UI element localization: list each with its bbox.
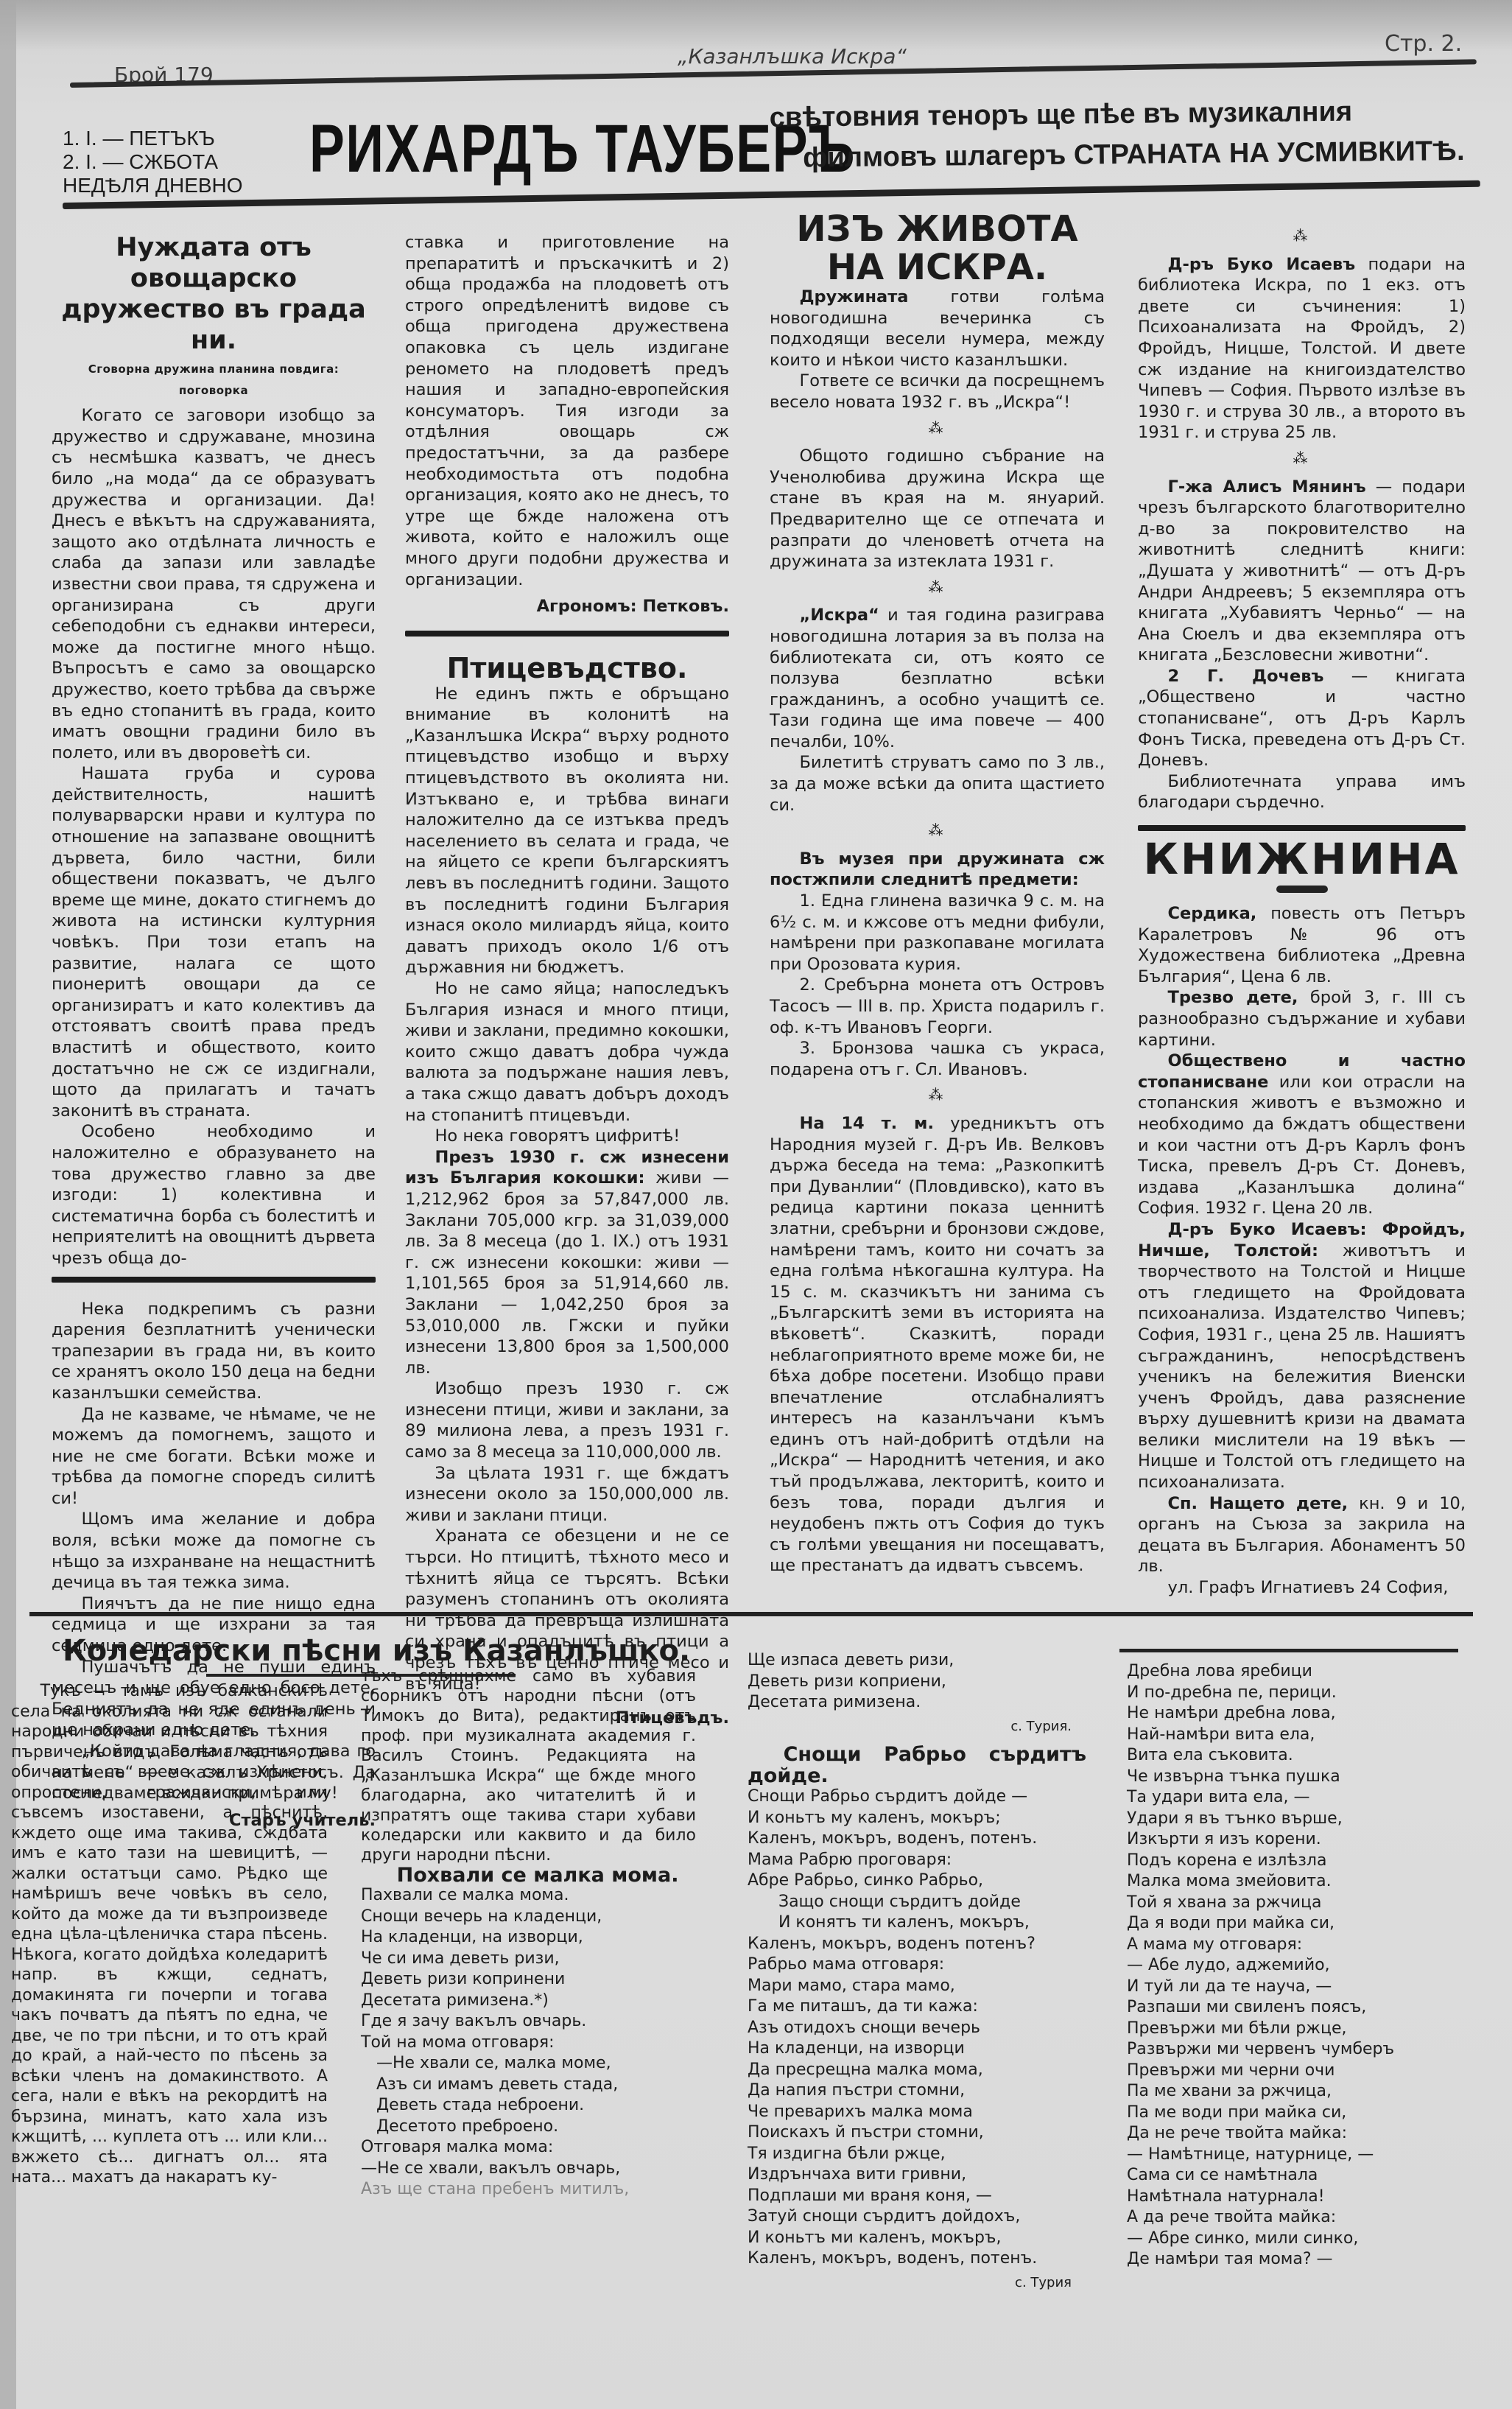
- poem-line: И коньтъ ми каленъ, мокъръ,: [748, 2228, 1086, 2249]
- column-2: ставка и приготовление на препаратитѣ и …: [405, 232, 729, 1729]
- section-divider: [29, 1612, 1473, 1616]
- poem-line: Поискахъ й пъстри стомни,: [748, 2122, 1086, 2144]
- article-paragraph: Нашата груба и сурова действителность, н…: [52, 763, 376, 1121]
- asterism: ⁂: [770, 577, 1105, 598]
- poem-line: Десетото преброено.: [361, 2117, 696, 2138]
- carols-intro: Тукъ — тамъ изъ балканскитѣ села на окол…: [11, 1681, 328, 2188]
- article-title: Птицевъдство.: [405, 653, 729, 684]
- poem-verses: Пахвали се малка мома.Снощи вечерь на кл…: [361, 1885, 696, 2201]
- poem-line: Па ме води при майка си,: [1127, 2103, 1466, 2124]
- news-item: Гответе се всички да посрещнемъ весело н…: [770, 371, 1105, 413]
- book-item: Д-ръ Буко Исаевъ: Фройдъ, Ничше, Толстой…: [1138, 1219, 1466, 1493]
- item-lead: На 14 т. м.: [800, 1114, 935, 1133]
- poem-line: Удари я въ тънко върше,: [1127, 1809, 1466, 1830]
- article-paragraph: Особено необходимо и наложително е образ…: [52, 1121, 376, 1269]
- asterism: ⁂: [1138, 448, 1466, 469]
- item-text: уредникътъ отъ Народния музей г. Д-ръ Ив…: [770, 1114, 1105, 1575]
- column-4: ⁂ Д-ръ Буко Исаевъ подари на библиотека …: [1138, 221, 1466, 1599]
- poem-line: И по-дребна пе, перици.: [1127, 1683, 1466, 1704]
- item-text: — подари чрезъ българското благотворител…: [1138, 477, 1466, 665]
- donation-item: 2 Г. Дочевъ — книгата „Обществено и част…: [1138, 666, 1466, 771]
- asterism: ⁂: [770, 418, 1105, 439]
- poem-line: Вита ела съковита.: [1127, 1745, 1466, 1767]
- poem-line: Каленъ, мокъръ, воденъ потенъ?: [748, 1934, 1086, 1955]
- carols-title: Коледарски пѣсни изъ Казанлъшко.: [63, 1634, 690, 1668]
- poem-line: Га ме питашъ, да ти кажа:: [748, 1996, 1086, 2018]
- poem-line: Намѣтнала натурнала!: [1127, 2187, 1466, 2208]
- news-item: Билетитѣ струватъ само по 3 лв., за да м…: [770, 752, 1105, 816]
- article-title: ИЗЪ ЖИВОТА НА ИСКРА.: [770, 210, 1105, 287]
- poem-line: — Абре синко, мили синко,: [1127, 2229, 1466, 2250]
- poem-line: Малка мома змейовита.: [1127, 1871, 1466, 1893]
- poem-line: Деветь стада неброени.: [361, 2095, 696, 2117]
- title-ornament: [1276, 886, 1328, 893]
- item-text: и тая година разиграва новогодишна лотар…: [770, 606, 1105, 751]
- poem-line: Не намѣри дребна лова,: [1127, 1703, 1466, 1725]
- publisher-address: ул. Графъ Игнатиевъ 24 София,: [1138, 1577, 1466, 1599]
- poem-line: Десетата римизена.: [748, 1692, 1086, 1714]
- donation-item: Г-жа Алисъ Мянинъ — подари чрезъ българс…: [1138, 477, 1466, 666]
- asterism: ⁂: [770, 820, 1105, 841]
- donation-item: Библиотечната управа имъ благодари сърде…: [1138, 771, 1466, 813]
- poem-line: Превържи ми бѣли ржце,: [1127, 2019, 1466, 2040]
- article-paragraph: Изобщо презъ 1930 г. сж изнесени птици, …: [405, 1378, 729, 1462]
- poem-line: Той я хвана за ржчица: [1127, 1893, 1466, 1914]
- asterism: ⁂: [770, 1084, 1105, 1106]
- poem-line: Та удари вита ела, —: [1127, 1787, 1466, 1809]
- carols-intro-continued: тѣхъ срѣщнахме само въ хубавия сборникъ …: [361, 1666, 696, 1865]
- section-divider: [1138, 825, 1466, 831]
- poem-title: Похвали се малка мома.: [361, 1865, 696, 1885]
- article-paragraph: Нека подкрепимъ съ разни дарения безплат…: [52, 1299, 376, 1404]
- section-title: КНИЖНИНА: [1138, 837, 1466, 881]
- article-paragraph: Да не казваме, че нѣмаме, че не можемъ д…: [52, 1404, 376, 1509]
- poem-line: А мама му отговаря:: [1127, 1935, 1466, 1956]
- poem-line: Деветь ризи коприени,: [748, 1672, 1086, 1693]
- poem-line: Каленъ, мокъръ, воденъ, потенъ.: [748, 1828, 1086, 1850]
- poem-line: Развържи ми червенъ чумберъ: [1127, 2039, 1466, 2061]
- item-lead: Трезво дете,: [1168, 988, 1298, 1007]
- cinema-dates: 1. I. — ПЕТЪКЪ 2. I. — СЖБОТА НЕДѢЛЯ ДНЕ…: [63, 127, 243, 197]
- poem-line: На кладенци, на изворци,: [361, 1927, 696, 1949]
- poem-line: — Намѣтнице, натурнице, —: [1127, 2145, 1466, 2166]
- article-continuation: ставка и приготовление на препаратитѣ и …: [405, 232, 729, 590]
- carols-column-3: Ще изпаса деветь ризи,Деветь ризи коприе…: [748, 1650, 1086, 2301]
- asterism: ⁂: [1138, 225, 1466, 247]
- poem-line: Че си има деветь ризи,: [361, 1949, 696, 1970]
- news-item: „Искра“ и тая година разиграва новогодиш…: [770, 605, 1105, 752]
- poem-line: Издрънчаха вити гривни,: [748, 2164, 1086, 2186]
- poem-line: Превържи ми черни очи: [1127, 2061, 1466, 2082]
- museum-item: 1. Една глинена вазичка 9 с. м. на 6½ с.…: [770, 891, 1105, 975]
- poem-line: Да пресрещна малка мома,: [748, 2060, 1086, 2081]
- news-item: На 14 т. м. уредникътъ отъ Народния музе…: [770, 1113, 1105, 1577]
- cinema-tagline: свѣтовния теноръ ще пѣе въ музикалния фи…: [769, 91, 1464, 179]
- poem-line: Разпаши ми свиленъ поясъ,: [1127, 1997, 1466, 2019]
- carols-column-1: Тукъ — тамъ изъ балканскитѣ села на окол…: [11, 1681, 328, 2188]
- poem-title: Снощи Рабрьо сърдитъ дойде.: [748, 1744, 1086, 1786]
- article-signature: Агрономъ: Петковъ.: [405, 596, 729, 617]
- article-title: Нуждата отъ овощарско дружество въ града…: [52, 232, 376, 356]
- column-1: Нуждата отъ овощарско дружество въ града…: [52, 232, 376, 1831]
- poem-line: Де намѣри тая мома? —: [1127, 2249, 1466, 2271]
- section-divider: [405, 631, 729, 637]
- poem-line: Азъ си имамъ деветь стада,: [361, 2075, 696, 2096]
- article-paragraph: Но не само яйца; напоследъкъ България из…: [405, 978, 729, 1126]
- date-line: 1. I. — ПЕТЪКЪ: [63, 127, 243, 150]
- news-item: Общото годишно събрание на Ученолюбива д…: [770, 446, 1105, 572]
- poem-line: Где я зачу вакълъ овчарь.: [361, 2011, 696, 2033]
- news-item-lead: Въ музея при дружината сж постжпили след…: [770, 849, 1105, 891]
- item-lead: Г-жа Алисъ Мянинъ: [1168, 477, 1366, 497]
- item-lead: „Искра“: [800, 606, 879, 625]
- poem-line: Сама си се намѣтнала: [1127, 2165, 1466, 2187]
- poem-line: Че извърна тънка пушка: [1127, 1767, 1466, 1788]
- poem-line: И коньтъ му каленъ, мокъръ;: [748, 1808, 1086, 1829]
- poem-line: На кладенци, на изворци: [748, 2038, 1086, 2060]
- article-paragraph: Презъ 1930 г. сж изнесени изъ България к…: [405, 1147, 729, 1379]
- poem-line: Отговаря малка мома:: [361, 2137, 696, 2159]
- poem-line: А да рече твойта майка:: [1127, 2207, 1466, 2229]
- poem-line: Да я води при майка си,: [1127, 1913, 1466, 1935]
- book-item: Трезво дете, брой 3, г. III съ разнообра…: [1138, 987, 1466, 1051]
- poem-line: Защо снощи сърдитъ дойде: [748, 1892, 1086, 1913]
- poem-source: с. Турия: [748, 2273, 1072, 2294]
- column-3: ИЗЪ ЖИВОТА НА ИСКРА. Дружината готви гол…: [770, 210, 1105, 1577]
- article-paragraph: Но нека говорятъ цифритѣ!: [405, 1126, 729, 1147]
- poem-line: Най-намѣри вита ела,: [1127, 1725, 1466, 1746]
- newspaper-name: „Казанлъшка Искра“: [678, 44, 907, 69]
- poem-line: —Не се хвали, вакълъ овчарь,: [361, 2159, 696, 2180]
- article-paragraph: Когато се заговори изобщо за дружество и…: [52, 405, 376, 763]
- section-divider: [52, 1277, 376, 1283]
- poem-line: Абре Рабрьо, синко Рабрьо,: [748, 1870, 1086, 1892]
- poem-line: Дребна лова яребици: [1127, 1661, 1466, 1683]
- poem-line: Мама Рабрю проговаря:: [748, 1850, 1086, 1871]
- article-paragraph: Не единъ пжть е обръщано внимание въ кол…: [405, 684, 729, 978]
- poem-line: — Абе лудо, аджемийо,: [1127, 1955, 1466, 1977]
- poem-line: И туй ли да те науча, —: [1127, 1977, 1466, 1998]
- poem-line: Ще изпаса деветь ризи,: [748, 1650, 1086, 1672]
- carols-column-2: тѣхъ срѣщнахме само въ хубавия сборникъ …: [361, 1666, 696, 2201]
- poem-verses: Дребна лова яребициИ по-дребна пе, периц…: [1127, 1661, 1466, 2271]
- item-text: животътъ и творчеството на Толстой и Ниц…: [1138, 1241, 1466, 1493]
- poem-source: с. Турия.: [748, 1717, 1072, 1738]
- book-item: Сердика, повесть отъ Петъръ Каралетровъ …: [1138, 903, 1466, 987]
- book-item: Обществено и частно стопанисване или кои…: [1138, 1051, 1466, 1219]
- poem-line: Подплаши ми враня коня, —: [748, 2186, 1086, 2207]
- poem-line: Пахвали се малка мома.: [361, 1885, 696, 1907]
- poem-line: Снощи вечерь на кладенци,: [361, 1907, 696, 1928]
- museum-item: 2. Сребърна монета отъ Островъ Тасосъ — …: [770, 975, 1105, 1038]
- item-lead: Д-ръ Буко Исаевъ: [1168, 255, 1356, 274]
- poem-line: Че преварихъ малка мома: [748, 2102, 1086, 2123]
- poem-line: И конятъ ти каленъ, мокъръ,: [748, 1912, 1086, 1934]
- news-item: Дружината готви голѣма новогодишна вечер…: [770, 287, 1105, 371]
- poem-line: Снощи Рабрьо сърдитъ дойде —: [748, 1786, 1086, 1808]
- poem-line: Па ме хвани за ржчица,: [1127, 2081, 1466, 2103]
- book-item: Сп. Нащето дете, кн. 9 и 10, органъ на С…: [1138, 1493, 1466, 1577]
- poem-verses: Снощи Рабрьо сърдитъ дойде —И коньтъ му …: [748, 1786, 1086, 2270]
- poem-line: —Не хвали се, малка моме,: [361, 2053, 696, 2075]
- poem-line: Да не рече твойта майка:: [1127, 2123, 1466, 2145]
- masthead: Брой 179 „Казанлъшка Искра“ Стр. 2. 1. I…: [0, 0, 1512, 214]
- poem-line: Да напия пъстри стомни,: [748, 2080, 1086, 2102]
- stats-text: живи — 1,212,962 броя за 57,847,000 лв. …: [405, 1168, 729, 1377]
- poem-line: Подъ корена е излѣзла: [1127, 1851, 1466, 1872]
- poem-line: Деветь ризи копринени: [361, 1969, 696, 1991]
- tagline-line: свѣтовния теноръ ще пѣе въ музикалния: [769, 91, 1464, 138]
- poem-line: Азъ ще стана пребенъ митилъ,: [361, 2179, 696, 2201]
- item-text: или кои отрасли на стопанския животъ е в…: [1138, 1073, 1466, 1218]
- item-lead: Дружината: [800, 287, 909, 306]
- item-text: подари на библиотека Искра, по 1 екз. от…: [1138, 255, 1466, 443]
- article-epigraph: Сговорна дружина планина повдига: погово…: [52, 359, 376, 401]
- poem-line: Каленъ, мокъръ, воденъ, потенъ.: [748, 2248, 1086, 2270]
- poem-line: Изкърти я изъ корени.: [1127, 1829, 1466, 1851]
- poem-line: Той на мома отговаря:: [361, 2033, 696, 2054]
- poem-line: Десетата римизена.*): [361, 1991, 696, 2012]
- article-paragraph: За цѣлата 1931 г. ще бждатъ изнесени око…: [405, 1463, 729, 1526]
- item-lead: Сп. Нащето дете,: [1168, 1494, 1349, 1513]
- column-top-rule: [1119, 1649, 1458, 1652]
- museum-item: 3. Бронзова чашка съ украса, подарена от…: [770, 1038, 1105, 1080]
- donation-item: Д-ръ Буко Исаевъ подари на библиотека Ис…: [1138, 254, 1466, 443]
- poem-verses-continued: Ще изпаса деветь ризи,Деветь ризи коприе…: [748, 1650, 1086, 1714]
- page-number: Стр. 2.: [1385, 31, 1462, 57]
- poem-line: Мари мамо, стара мамо,: [748, 1976, 1086, 1997]
- poem-line: Рабрьо мама отговаря:: [748, 1954, 1086, 1976]
- tagline-line: филмовъ шлагеръ СТРАНАТА НА УСМИВКИТѢ.: [770, 131, 1465, 179]
- poem-line: Азъ отидохъ снощи вечерь: [748, 2018, 1086, 2039]
- item-lead: Сердика,: [1168, 904, 1257, 923]
- date-line: НЕДѢЛЯ ДНЕВНО: [63, 174, 243, 197]
- date-line: 2. I. — СЖБОТА: [63, 150, 243, 174]
- article-paragraph: Щомъ има желание и добра воля, всѣки мож…: [52, 1509, 376, 1593]
- item-lead: 2 Г. Дочевъ: [1168, 667, 1324, 686]
- carols-column-4: Дребна лова яребициИ по-дребна пе, периц…: [1127, 1661, 1466, 2271]
- poem-line: Тя издигна бѣли ржце,: [748, 2144, 1086, 2165]
- poem-line: Затуй снощи сърдитъ дойдохъ,: [748, 2206, 1086, 2228]
